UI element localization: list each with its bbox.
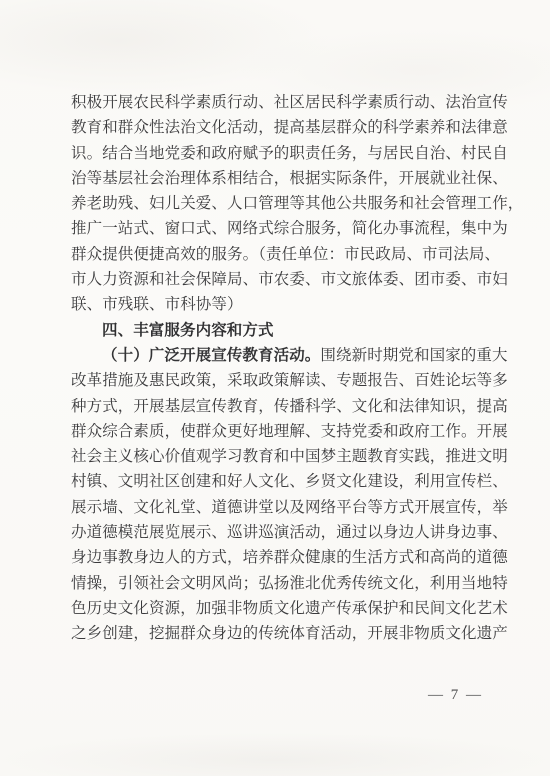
doc-line: 联、市残联、市科协等）: [71, 292, 499, 317]
doc-line: 展示墙、文化礼堂、道德讲堂以及网络平台等方式开展宣传，举: [71, 495, 499, 520]
doc-line: 身边事教身边人的方式，培养群众健康的生活方式和高尚的道德: [71, 545, 499, 570]
doc-line: 教育和群众性法治文化活动，提高基层群众的科学素养和法律意: [71, 115, 499, 140]
section-heading: 四、丰富服务内容和方式: [71, 318, 499, 343]
doc-line: 治等基层社会治理体系相结合，根据实际条件，开展就业社保、: [71, 166, 499, 191]
document-page: 积极开展农民科学素质行动、社区居民科学素质行动、法治宣传 教育和群众性法治文化活…: [0, 0, 550, 776]
doc-line: 色历史文化资源，加强非物质文化遗产传承保护和民间文化艺术: [71, 596, 499, 621]
doc-line: 群众综合素质，使群众更好地理解、支持党委和政府工作。开展: [71, 419, 499, 444]
doc-line: 养老助残、妇儿关爱、人口管理等其他公共服务和社会管理工作，: [71, 191, 499, 216]
doc-line: 市人力资源和社会保障局、市农委、市文旅体委、团市委、市妇: [71, 267, 499, 292]
doc-line: 社会主义核心价值观学习教育和中国梦主题教育实践，推进文明: [71, 444, 499, 469]
doc-line: 情操，引领社会文明风尚；弘扬淮北优秀传统文化，利用当地特: [71, 571, 499, 596]
doc-line: 识。结合当地党委和政府赋予的职责任务，与居民自治、村民自: [71, 141, 499, 166]
doc-line: 村镇、文明社区创建和好人文化、乡贤文化建设，利用宣传栏、: [71, 469, 499, 494]
body-text-block: 积极开展农民科学素质行动、社区居民科学素质行动、法治宣传 教育和群众性法治文化活…: [71, 90, 499, 647]
doc-line: 之乡创建，挖掘群众身边的传统体育活动，开展非物质文化遗产: [71, 621, 499, 646]
page-number: — 7 —: [428, 687, 483, 704]
paragraph-lead-text: 围绕新时期党和国家的重大: [320, 347, 507, 364]
paragraph-lead-line: （十）广泛开展宣传教育活动。围绕新时期党和国家的重大: [71, 343, 499, 368]
paragraph-heading: （十）广泛开展宣传教育活动。: [102, 347, 320, 364]
doc-line: 种方式，开展基层宣传教育，传播科学、文化和法律知识，提高: [71, 394, 499, 419]
doc-line: 群众提供便捷高效的服务。（责任单位：市民政局、市司法局、: [71, 242, 499, 267]
doc-line: 积极开展农民科学素质行动、社区居民科学素质行动、法治宣传: [71, 90, 499, 115]
doc-line: 推广一站式、窗口式、网络式综合服务，简化办事流程，集中为: [71, 216, 499, 241]
doc-line: 办道德模范展览展示、巡讲巡演活动，通过以身边人讲身边事、: [71, 520, 499, 545]
doc-line: 改革措施及惠民政策，采取政策解读、专题报告、百姓论坛等多: [71, 368, 499, 393]
